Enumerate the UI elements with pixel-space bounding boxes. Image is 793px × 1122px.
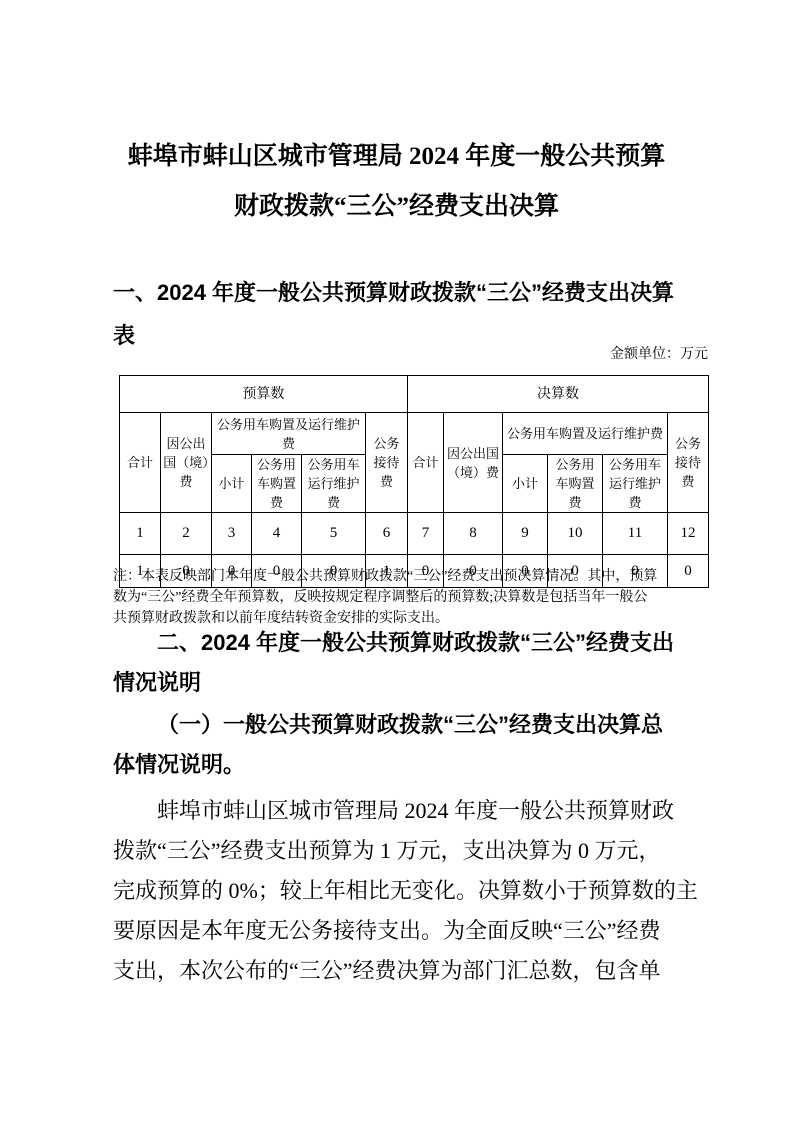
column-number-cell: 2 xyxy=(161,513,212,555)
section2-sub1-heading: （一）一般公共预算财政拨款“三公”经费支出决算总 体情况说明。 xyxy=(113,705,693,785)
final-abroad-header: 因公出国（境）费 xyxy=(444,413,503,513)
budget-maintenance-header: 公务用车运行维护费 xyxy=(302,455,366,513)
budget-abroad-header: 因公出国（境）费 xyxy=(161,413,212,513)
final-reception-header: 公务接待费 xyxy=(668,413,709,513)
column-number-cell: 12 xyxy=(668,513,709,555)
table-header-row-1: 合计 因公出国（境）费 公务用车购置及运行维护费 公务接待费 合计 因公出国（境… xyxy=(120,413,709,455)
amount-unit-label: 金额单位：万元 xyxy=(119,345,708,365)
section2-sub1-heading-line-1: （一）一般公共预算财政拨款“三公”经费支出决算总 xyxy=(113,705,693,745)
column-number-row: 1 2 3 4 5 6 7 8 9 10 11 12 xyxy=(120,513,709,555)
body-paragraph-line-1: 蚌埠市蚌山区城市管理局 2024 年度一般公共预算财政 xyxy=(113,791,683,831)
sangong-expense-table: 预算数 决算数 合计 因公出国（境）费 公务用车购置及运行维护费 公务接待费 合… xyxy=(119,375,709,588)
document-title-line-2: 财政拨款“三公”经费支出决算 xyxy=(0,182,793,232)
final-subtotal-header: 小计 xyxy=(503,455,548,513)
column-number-cell: 9 xyxy=(503,513,548,555)
body-paragraph-line-5: 支出，本次公布的“三公”经费决算为部门汇总数，包含单 xyxy=(113,951,683,991)
section2-heading: 二、2024 年度一般公共预算财政拨款“三公”经费支出 情况说明 xyxy=(113,623,693,703)
section2-heading-line-1: 二、2024 年度一般公共预算财政拨款“三公”经费支出 xyxy=(113,623,693,663)
table-note-line-2: 数为“三公”经费全年预算数，反映按规定程序调整后的预算数;决算数是包括当年一般公 xyxy=(113,587,690,608)
body-paragraph-line-2: 拨款“三公”经费支出预算为 1 万元，支出决算为 0 万元， xyxy=(113,831,683,871)
final-purchase-header: 公务用车购置费 xyxy=(548,455,603,513)
column-number-cell: 1 xyxy=(120,513,161,555)
budget-vehicle-group-header: 公务用车购置及运行维护费 xyxy=(212,413,366,455)
column-number-cell: 8 xyxy=(444,513,503,555)
document-title-line-1: 蚌埠市蚌山区城市管理局 2024 年度一般公共预算 xyxy=(0,132,793,182)
budget-subtotal-header: 小计 xyxy=(212,455,252,513)
body-paragraph: 蚌埠市蚌山区城市管理局 2024 年度一般公共预算财政 拨款“三公”经费支出预算… xyxy=(113,791,683,991)
column-number-cell: 10 xyxy=(548,513,603,555)
column-number-cell: 4 xyxy=(252,513,302,555)
table-group-header-row: 预算数 决算数 xyxy=(120,376,709,413)
body-paragraph-line-4: 要原因是本年度无公务接待支出。为全面反映“三公”经费 xyxy=(113,911,683,951)
section2-heading-line-2: 情况说明 xyxy=(113,663,693,703)
section2-sub1-heading-line-2: 体情况说明。 xyxy=(113,745,693,785)
document-page: 蚌埠市蚌山区城市管理局 2024 年度一般公共预算 财政拨款“三公”经费支出决算… xyxy=(0,0,793,1122)
column-number-cell: 6 xyxy=(366,513,408,555)
column-number-cell: 7 xyxy=(408,513,444,555)
final-group-header: 决算数 xyxy=(408,376,709,413)
table-note-line-1: 注：本表反映部门本年度一般公共预算财政拨款“三公”经费支出预决算情况。其中，预算 xyxy=(113,566,690,587)
column-number-cell: 5 xyxy=(302,513,366,555)
budget-reception-header: 公务接待费 xyxy=(366,413,408,513)
document-title: 蚌埠市蚌山区城市管理局 2024 年度一般公共预算 财政拨款“三公”经费支出决算 xyxy=(0,132,793,232)
section1-heading-line-1: 一、2024 年度一般公共预算财政拨款“三公”经费支出决算 xyxy=(113,271,693,314)
final-maintenance-header: 公务用车运行维护费 xyxy=(603,455,668,513)
budget-total-header: 合计 xyxy=(120,413,161,513)
column-number-cell: 11 xyxy=(603,513,668,555)
column-number-cell: 3 xyxy=(212,513,252,555)
table-note: 注：本表反映部门本年度一般公共预算财政拨款“三公”经费支出预决算情况。其中，预算… xyxy=(113,566,690,629)
final-total-header: 合计 xyxy=(408,413,444,513)
budget-group-header: 预算数 xyxy=(120,376,408,413)
body-paragraph-line-3: 完成预算的 0%；较上年相比无变化。决算数小于预算数的主 xyxy=(113,871,683,911)
final-vehicle-group-header: 公务用车购置及运行维护费 xyxy=(503,413,668,455)
budget-purchase-header: 公务用车购置费 xyxy=(252,455,302,513)
